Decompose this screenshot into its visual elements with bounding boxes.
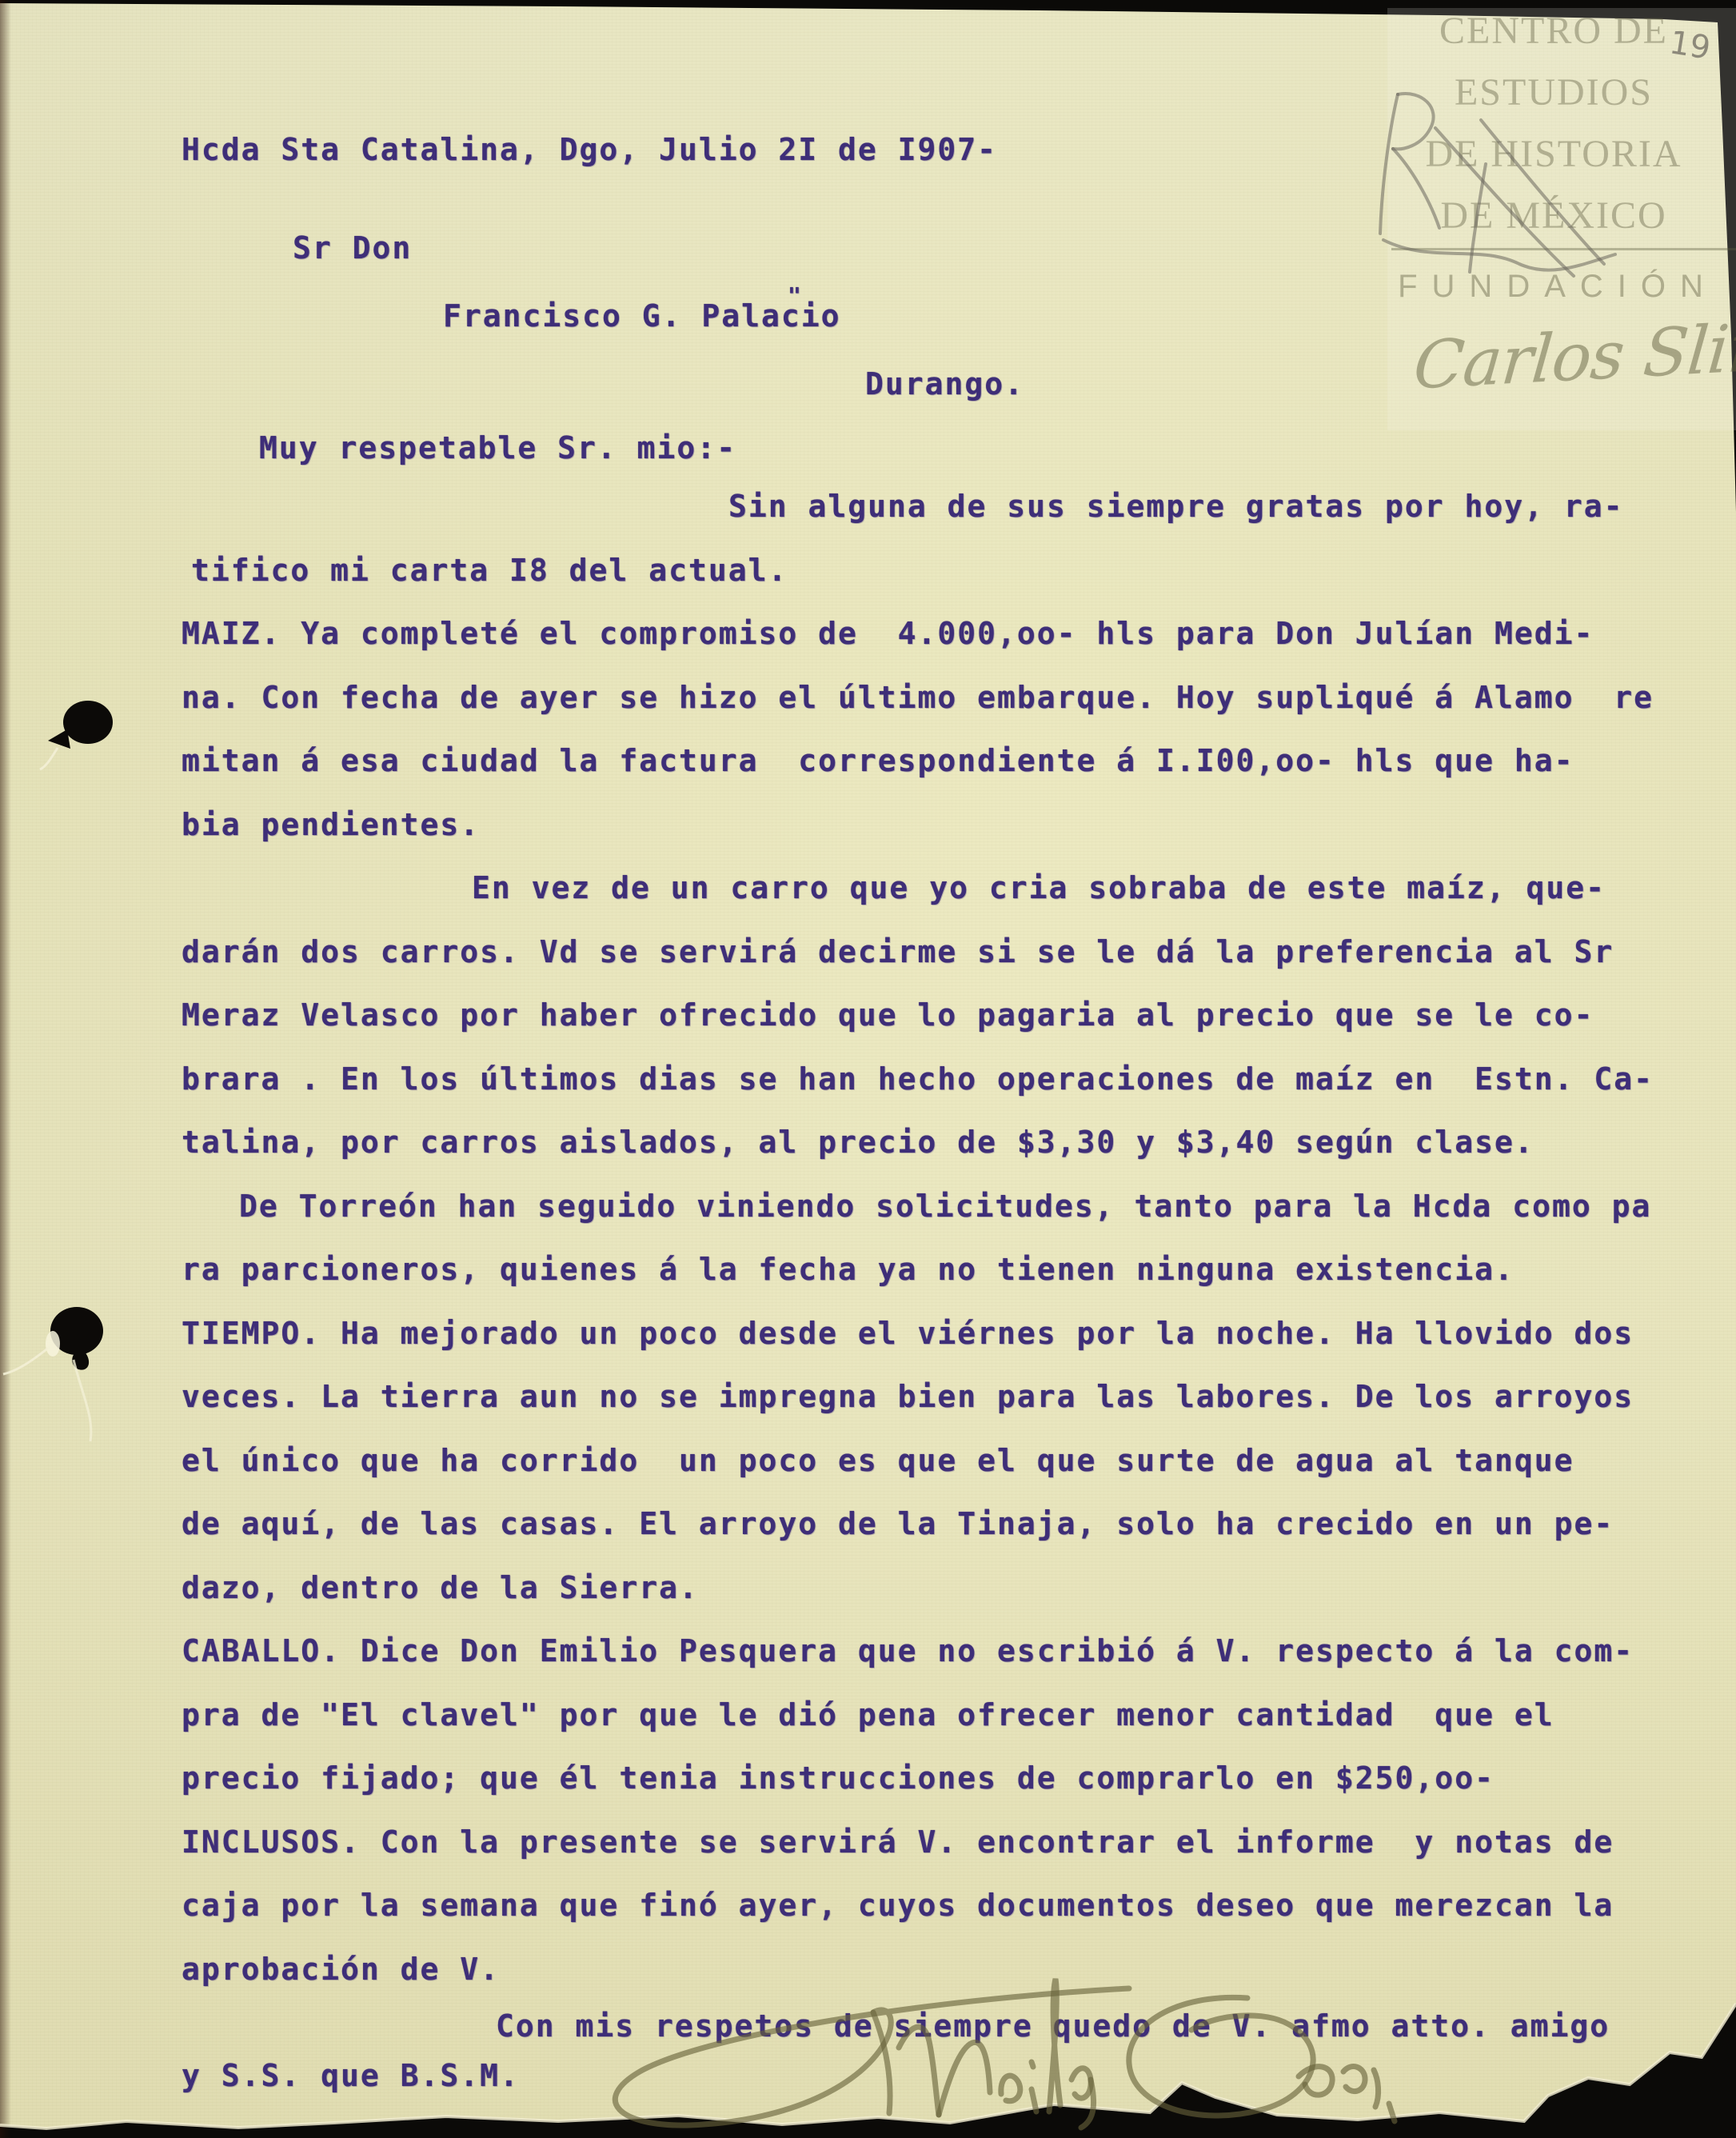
scanned-letter-page: CENTRO DE ESTUDIOS DE HISTORIA DE MÉXICO… xyxy=(0,0,1736,2138)
handwritten-signature xyxy=(0,0,1736,2138)
